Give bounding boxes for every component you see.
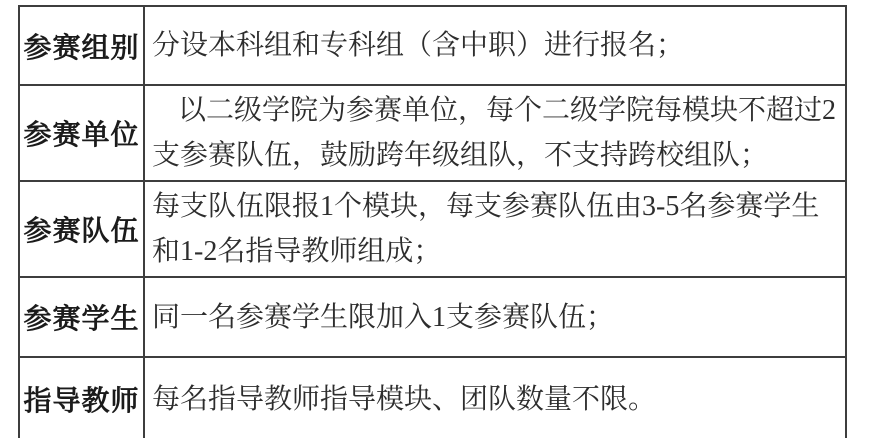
document-page: 参赛组别 分设本科组和专科组（含中职）进行报名； 参赛单位 以二级学院为参赛单位…: [0, 0, 877, 438]
table-row: 指导教师 每名指导教师指导模块、团队数量不限。: [19, 357, 846, 438]
row-label: 指导教师: [19, 357, 144, 438]
table-row: 参赛组别 分设本科组和专科组（含中职）进行报名；: [19, 6, 846, 85]
row-label: 参赛队伍: [19, 181, 144, 277]
table-row: 参赛学生 同一名参赛学生限加入1支参赛队伍；: [19, 277, 846, 357]
row-content: 以二级学院为参赛单位，每个二级学院每模块不超过2支参赛队伍，鼓励跨年级组队，不支…: [144, 85, 846, 181]
row-content: 分设本科组和专科组（含中职）进行报名；: [144, 6, 846, 85]
row-content: 同一名参赛学生限加入1支参赛队伍；: [144, 277, 846, 357]
registration-rules-table: 参赛组别 分设本科组和专科组（含中职）进行报名； 参赛单位 以二级学院为参赛单位…: [18, 5, 847, 438]
row-label: 参赛组别: [19, 6, 144, 85]
table-row: 参赛队伍 每支队伍限报1个模块，每支参赛队伍由3-5名参赛学生和1-2名指导教师…: [19, 181, 846, 277]
row-content: 每名指导教师指导模块、团队数量不限。: [144, 357, 846, 438]
row-content: 每支队伍限报1个模块，每支参赛队伍由3-5名参赛学生和1-2名指导教师组成；: [144, 181, 846, 277]
table-row: 参赛单位 以二级学院为参赛单位，每个二级学院每模块不超过2支参赛队伍，鼓励跨年级…: [19, 85, 846, 181]
row-label: 参赛单位: [19, 85, 144, 181]
row-label: 参赛学生: [19, 277, 144, 357]
